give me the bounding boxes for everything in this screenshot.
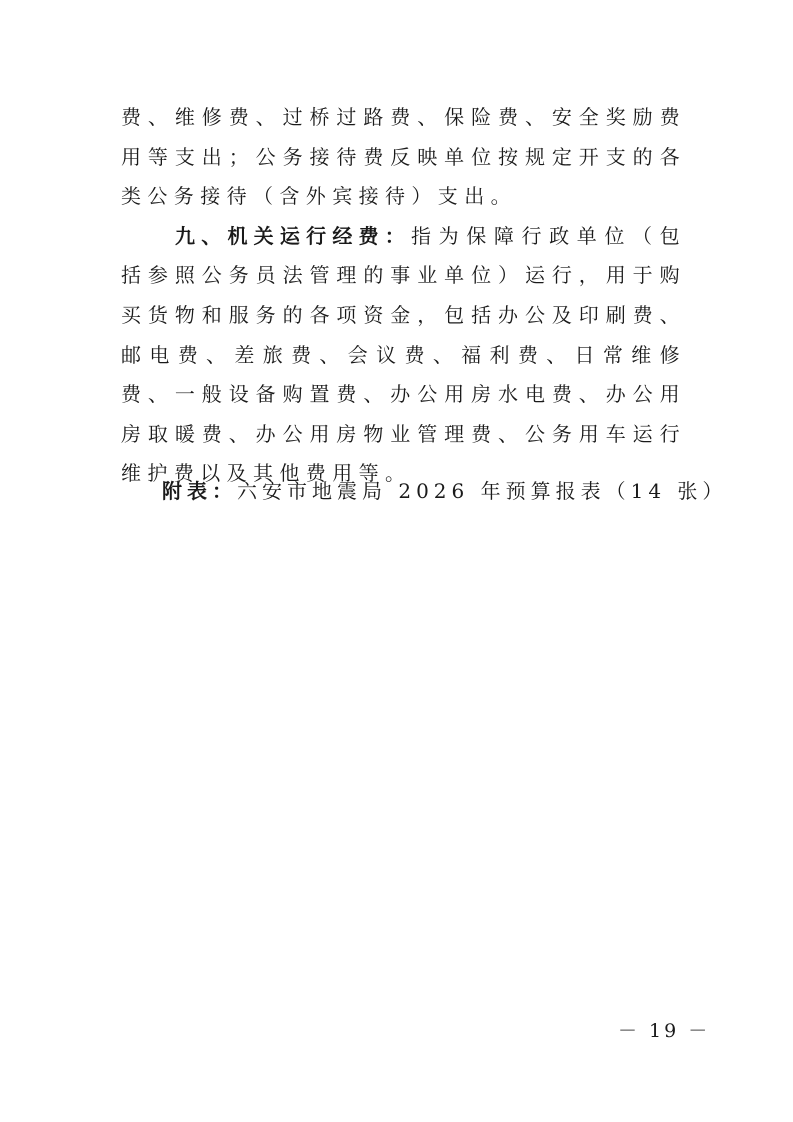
appendix-label: 附表：	[162, 479, 237, 503]
section-body-text: 指为保障行政单位（包括参照公务员法管理的事业单位）运行，用于购买货物和服务的各项…	[121, 224, 686, 486]
paragraph-operating-expenses: 九、机关运行经费：指为保障行政单位（包括参照公务员法管理的事业单位）运行，用于购…	[121, 217, 686, 494]
document-page: 费、维修费、过桥过路费、保险费、安全奖励费用等支出；公务接待费反映单位按规定开支…	[121, 98, 686, 494]
section-heading: 九、机关运行经费	[175, 224, 385, 248]
page-number: － 19 －	[618, 1016, 710, 1043]
appendix-note: 附表：六安市地震局 2026 年预算报表（14 张）	[162, 475, 727, 504]
paragraph-vehicle-reception-costs: 费、维修费、过桥过路费、保险费、安全奖励费用等支出；公务接待费反映单位按规定开支…	[121, 98, 686, 217]
heading-colon: ：	[385, 224, 411, 248]
appendix-text: 六安市地震局 2026 年预算报表（14 张）	[237, 479, 727, 503]
